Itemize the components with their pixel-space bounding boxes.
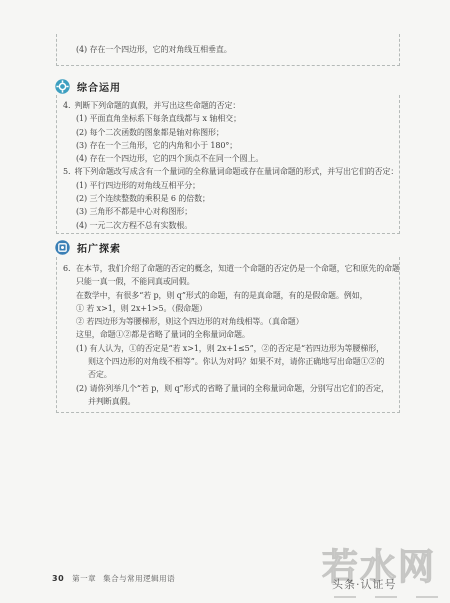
section-header-explore: 拓广探索	[55, 240, 121, 255]
page-footer: 30第一章集合与常用逻辑用语	[52, 573, 175, 584]
problem-6-line: 6.在本节，我们介绍了命题的否定的概念，知道一个命题的否定仍是一个命题，它和原先…	[57, 262, 399, 275]
problem-number: 6.	[63, 262, 70, 275]
problem-6-line: 这里，命题①②都是省略了量词的全称量词命题。	[57, 328, 399, 341]
watermark-overlay-text: 头条·认证号	[332, 576, 397, 592]
problem-6-example-2: ② 若四边形为等腰梯形，则这个四边形的对角线相等。（真命题）	[57, 315, 399, 328]
section-title: 拓广探索	[77, 240, 121, 255]
problem-text: 判断下列命题的真假，并写出这些命题的否定：	[74, 101, 240, 110]
problem-5-item: (2) 三个连续整数的乘积是 6 的倍数；	[57, 192, 399, 205]
problem-4-item: (1) 平面直角坐标系下每条直线都与 x 轴相交；	[57, 112, 399, 125]
problem-4-item: (4) 存在一个四边形，它的四个顶点不在同一个圆上。	[57, 152, 399, 165]
chapter-label: 第一章	[72, 574, 96, 583]
problem-number: 5.	[63, 167, 70, 176]
problem-5-item: (4) 一元二次方程不总有实数根。	[57, 219, 399, 232]
problem-text: 在本节，我们介绍了命题的否定的概念，知道一个命题的否定仍是一个命题，它和原先的命…	[76, 264, 399, 273]
exercise-box-comprehensive: 4.判断下列命题的真假，并写出这些命题的否定： (1) 平面直角坐标系下每条直线…	[56, 95, 400, 234]
problem-6-subitem-1-cont: 否定。	[57, 368, 399, 381]
page-number: 30	[52, 574, 64, 583]
exercise-box-explore: 6.在本节，我们介绍了命题的否定的概念，知道一个命题的否定仍是一个命题，它和原先…	[56, 257, 400, 413]
target-circle-icon	[55, 240, 70, 255]
section-title: 综合运用	[77, 79, 121, 94]
exercise-item: (4) 存在一个四边形，它的对角线互相垂直。	[57, 43, 399, 56]
watermark: 若水网 头条·认证号	[322, 548, 448, 600]
exercise-box-continued: (4) 存在一个四边形，它的对角线互相垂直。	[56, 34, 400, 66]
problem-6-line: 在数学中，有很多“若 p，则 q”形式的命题，有的是真命题，有的是假命题。例如，	[57, 289, 399, 302]
problem-5-item: (1) 平行四边形的对角线互相平分；	[57, 179, 399, 192]
gear-circle-icon	[55, 79, 70, 94]
problem-5-item: (3) 三角形不都是中心对称图形；	[57, 205, 399, 218]
problem-6-subitem-1-cont: 则这个四边形的对角线不相等”。你认为对吗？如果不对，请你正确地写出命题①②的	[57, 355, 399, 368]
problem-6-subitem-2-cont: 并判断真假。	[57, 395, 399, 408]
book-title: 集合与常用逻辑用语	[103, 574, 175, 583]
problem-text: 将下列命题改写成含有一个量词的全称量词命题或存在量词命题的形式，并写出它们的否定…	[74, 167, 398, 176]
problem-4-item: (2) 每个二次函数的图象都是轴对称图形；	[57, 126, 399, 139]
problem-4-item: (3) 存在一个三角形，它的内角和小于 180°；	[57, 139, 399, 152]
textbook-page: (4) 存在一个四边形，它的对角线互相垂直。 综合运用 4.判断下列命题的真假，…	[0, 0, 450, 603]
problem-4-stem: 4.判断下列命题的真假，并写出这些命题的否定：	[57, 99, 399, 112]
section-header-comprehensive: 综合运用	[55, 79, 121, 94]
problem-5-stem: 5.将下列命题改写成含有一个量词的全称量词命题或存在量词命题的形式，并写出它们的…	[57, 165, 399, 178]
watermark-caption-marks	[334, 596, 438, 598]
problem-6-subitem-2: (2) 请你列举几个“若 p，则 q”形式的省略了量词的全称量词命题，分别写出它…	[57, 382, 399, 395]
problem-6-subitem-1: (1) 有人认为，①的否定是“若 x>1，则 2x+1≤5”，②的否定是“若四边…	[57, 342, 399, 355]
problem-number: 4.	[63, 101, 70, 110]
problem-6-line: 只能一真一假，不能同真或同假。	[57, 275, 399, 288]
problem-6-example-1: ① 若 x>1，则 2x+1>5。（假命题）	[57, 302, 399, 315]
